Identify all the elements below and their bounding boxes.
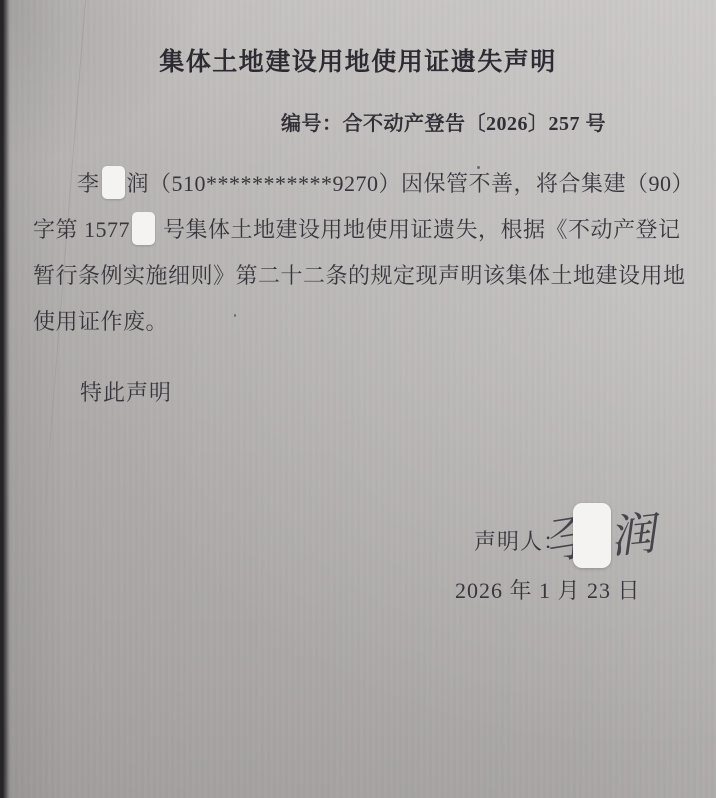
body-line-2-pre: 字第 1577 bbox=[33, 217, 130, 242]
redaction-box-signature bbox=[573, 503, 611, 568]
redaction-box-name bbox=[102, 166, 125, 199]
body-line-2: 字第 1577 号集体土地建设用地使用证遗失，根据《不动产登记 bbox=[33, 207, 688, 253]
redaction-box-cert-number bbox=[132, 212, 155, 245]
handwritten-signature-given-name: 润 bbox=[606, 497, 659, 567]
body-line-1-post: 润（510***********9270）因保管不善，将合集建（90） bbox=[127, 171, 695, 196]
body-line-1: 李润（510***********9270）因保管不善，将合集建（90） bbox=[33, 161, 688, 207]
declaration-body: 李润（510***********9270）因保管不善，将合集建（90） 字第 … bbox=[33, 161, 688, 345]
declaration-date: 2026 年 1 月 23 日 bbox=[455, 574, 641, 605]
body-line-2-post: 号集体土地建设用地使用证遗失，根据《不动产登记 bbox=[157, 217, 681, 242]
body-line-1-pre: 李 bbox=[77, 171, 100, 196]
document-number: 编号：合不动产登告〔2026〕257 号 bbox=[281, 107, 606, 136]
photo-left-edge-shadow bbox=[0, 0, 10, 798]
scanned-document-photo: 集体土地建设用地使用证遗失声明 编号：合不动产登告〔2026〕257 号 李润（… bbox=[0, 0, 716, 798]
closing-statement: 特此声明 bbox=[80, 376, 172, 407]
document-title: 集体土地建设用地使用证遗失声明 bbox=[0, 42, 716, 78]
body-line-3: 暂行条例实施细则》第二十二条的规定现声明该集体土地建设用地 bbox=[33, 253, 688, 299]
body-line-4: 使用证作废。 bbox=[33, 299, 688, 345]
